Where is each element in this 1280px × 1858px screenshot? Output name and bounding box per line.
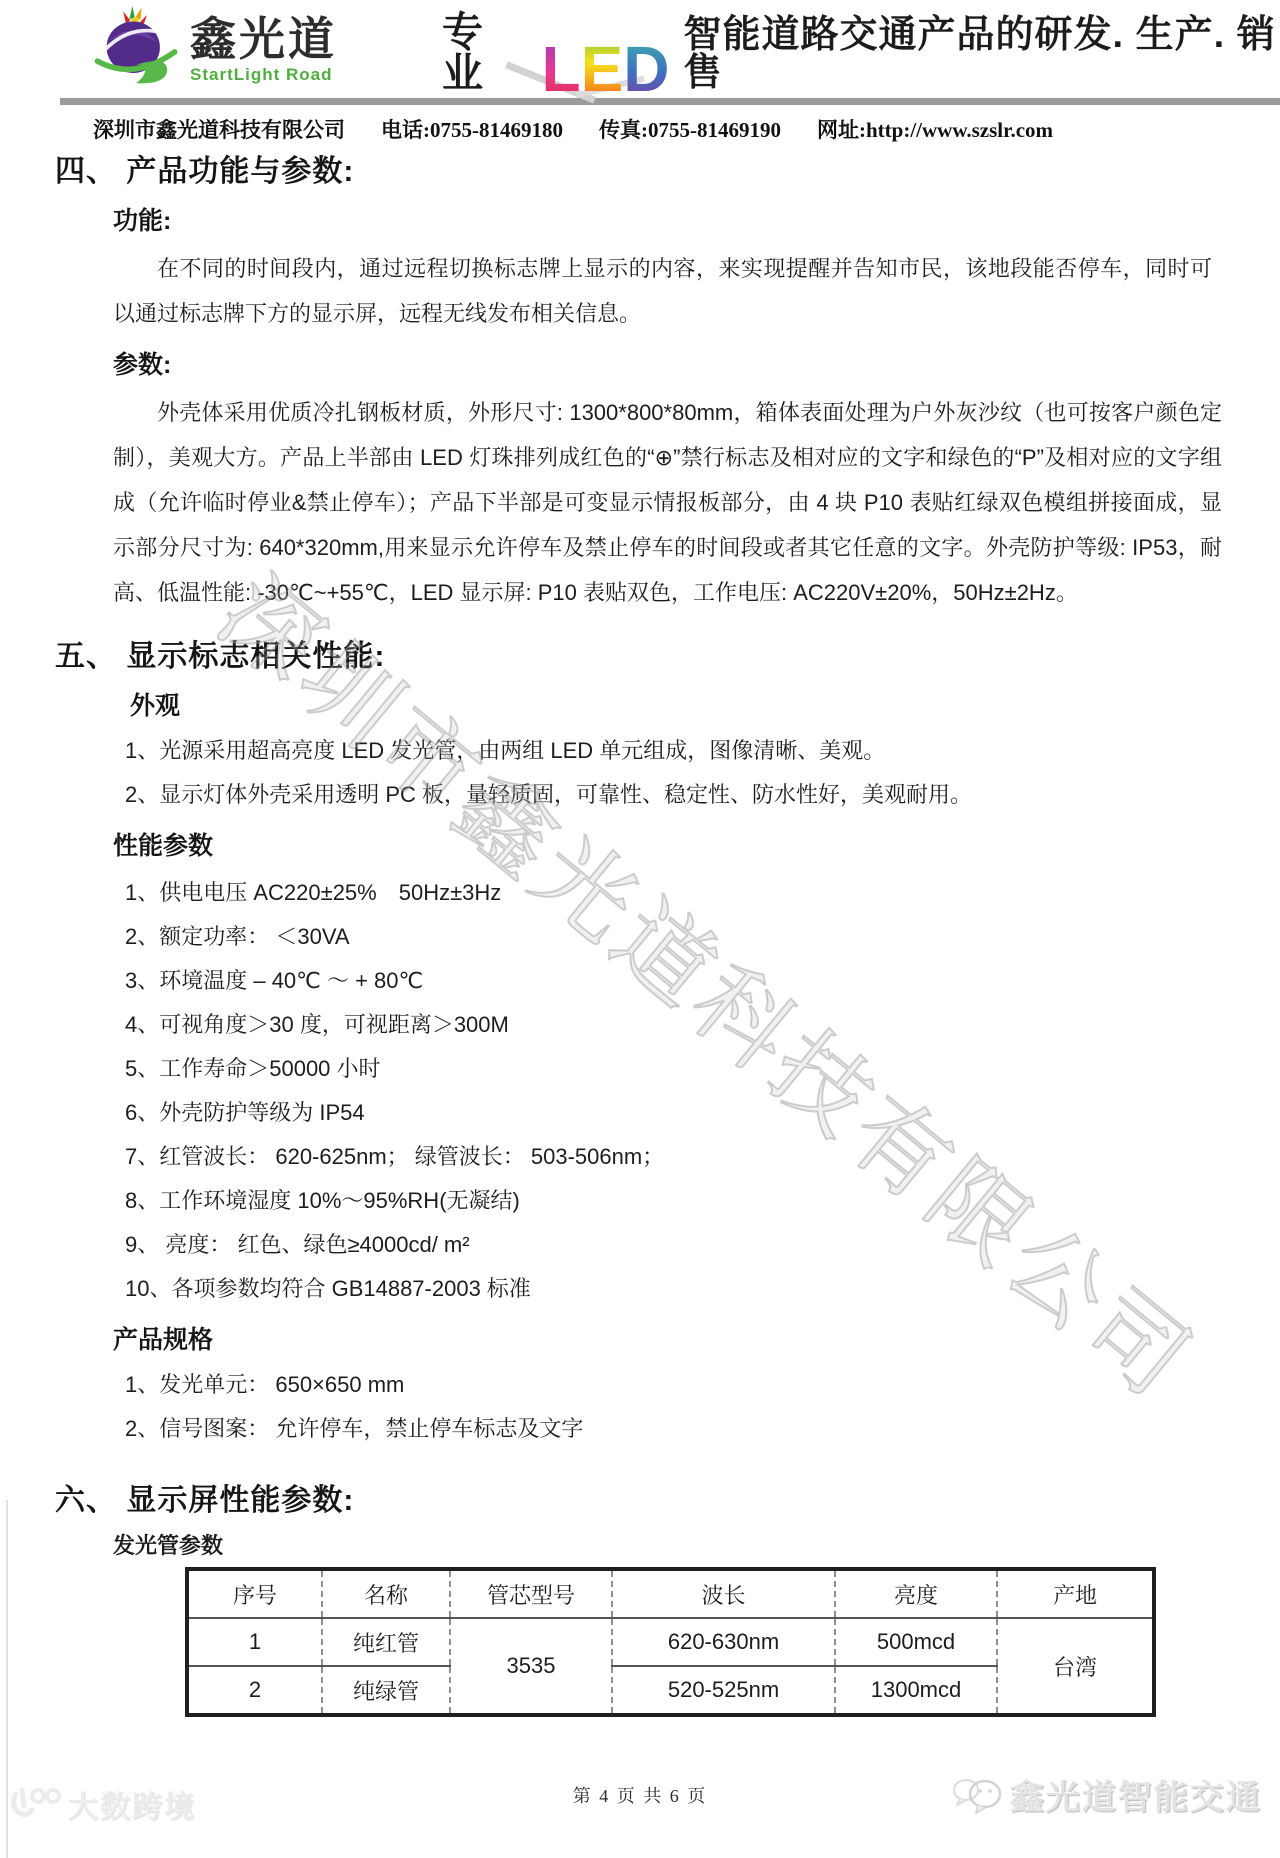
col-header-wavelength: 波长 — [612, 1569, 835, 1618]
col-header-chip-model: 管芯型号 — [450, 1569, 612, 1618]
company-logo: 鑫光道 StartLight Road — [88, 4, 337, 96]
list-item: 1、光源采用超高亮度 LED 发光管，由两组 LED 单元组成，图像清晰、美观。 — [125, 729, 1280, 773]
cell-seq: 2 — [187, 1666, 322, 1715]
list-item: 6、外壳防护等级为 IP54 — [125, 1091, 1280, 1135]
table-header-row: 序号 名称 管芯型号 波长 亮度 产地 — [187, 1569, 1154, 1618]
list-item: 1、供电电压 AC220±25% 50Hz±3Hz — [125, 871, 1280, 915]
startlight-logo-icon — [88, 4, 184, 96]
list-item: 3、环境温度 – 40℃ ～ + 80℃ — [125, 959, 1280, 1003]
cell-origin: 台湾 — [997, 1618, 1154, 1715]
chat-bubbles-icon — [952, 1772, 1004, 1818]
function-label: 功能: — [113, 204, 1280, 238]
section4-title: 四、 产品功能与参数: — [55, 152, 1280, 192]
list-item: 10、各项参数均符合 GB14887-2003 标准 — [125, 1267, 1280, 1311]
section5-title: 五、 显示标志相关性能: — [55, 637, 1280, 677]
section6-title: 六、 显示屏性能参数: — [55, 1481, 1280, 1521]
col-header-name: 名称 — [322, 1569, 450, 1618]
contact-website: 网址:http://www.szslr.com — [817, 114, 1053, 144]
led-letter-e: E — [581, 33, 624, 105]
contact-fax: 传真:0755-81469190 — [599, 114, 781, 144]
cell-chip-model: 3535 — [450, 1618, 612, 1715]
product-spec-label: 产品规格 — [113, 1323, 1280, 1357]
dashu-logo-icon — [6, 1784, 64, 1824]
list-item: 2、额定功率： ＜30VA — [125, 915, 1280, 959]
list-item: 2、显示灯体外壳采用透明 PC 板，量轻质固，可靠性、稳定性、防水性好，美观耐用… — [125, 773, 1280, 817]
cell-wavelength: 520-525nm — [612, 1666, 835, 1715]
performance-label: 性能参数 — [113, 829, 1280, 863]
function-paragraph: 在不同的时间段内，通过远程切换标志牌上显示的内容，来实现提醒并告知市民，该地段能… — [113, 246, 1212, 336]
led-letter-d: D — [623, 33, 669, 105]
contact-company: 深圳市鑫光道科技有限公司 — [93, 114, 345, 144]
col-header-origin: 产地 — [997, 1569, 1154, 1618]
logo-name-cn: 鑫光道 — [190, 15, 337, 63]
led-wordmark: LED — [541, 39, 669, 100]
list-item: 9、 亮度： 红色、绿色≥4000cd/ m² — [125, 1223, 1280, 1267]
led-letter-l: L — [541, 33, 580, 105]
cell-name: 纯红管 — [322, 1618, 450, 1666]
bottom-left-watermark: 大数跨境 — [6, 1782, 196, 1826]
performance-list: 1、供电电压 AC220±25% 50Hz±3Hz 2、额定功率： ＜30VA … — [0, 871, 1280, 1311]
page-header: 鑫光道 StartLight Road 专业 LED 智能道路交通产品的研发. … — [0, 0, 1280, 98]
parameter-label: 参数: — [113, 348, 1280, 382]
list-item: 1、发光单元： 650×650 mm — [125, 1363, 1280, 1407]
cell-wavelength: 620-630nm — [612, 1618, 835, 1666]
list-item: 8、工作环境湿度 10%～95%RH(无凝结) — [125, 1179, 1280, 1223]
bottom-left-watermark-text: 大数跨境 — [68, 1782, 196, 1826]
led-tube-params-label: 发光管参数 — [113, 1531, 1280, 1561]
col-header-brightness: 亮度 — [835, 1569, 997, 1618]
logo-name-en: StartLight Road — [190, 65, 337, 85]
table-row: 1 纯红管 3535 620-630nm 500mcd 台湾 — [187, 1618, 1154, 1666]
bottom-right-watermark-text: 鑫光道智能交通 — [1010, 1770, 1262, 1819]
slogan-suffix: 智能道路交通产品的研发. 生产. 销售 — [683, 16, 1280, 100]
contact-line: 深圳市鑫光道科技有限公司 电话:0755-81469180 传真:0755-81… — [93, 114, 1280, 144]
cell-brightness: 1300mcd — [835, 1666, 997, 1715]
cell-name: 纯绿管 — [322, 1666, 450, 1715]
parameter-paragraph: 外壳体采用优质冷扎钢板材质，外形尺寸: 1300*800*80mm，箱体表面处理… — [113, 390, 1222, 615]
logo-text: 鑫光道 StartLight Road — [190, 15, 337, 85]
led-tube-params-table: 序号 名称 管芯型号 波长 亮度 产地 1 纯红管 3535 620-630nm… — [185, 1567, 1156, 1717]
cell-seq: 1 — [187, 1618, 322, 1666]
list-item: 4、可视角度＞30 度，可视距离＞300M — [125, 1003, 1280, 1047]
contact-phone: 电话:0755-81469180 — [381, 114, 563, 144]
appearance-list: 1、光源采用超高亮度 LED 发光管，由两组 LED 单元组成，图像清晰、美观。… — [0, 729, 1280, 817]
slogan-prefix: 专业 — [442, 12, 519, 100]
list-item: 5、工作寿命＞50000 小时 — [125, 1047, 1280, 1091]
product-spec-list: 1、发光单元： 650×650 mm 2、信号图案： 允许停车，禁止停车标志及文… — [0, 1363, 1280, 1451]
bottom-right-watermark: 鑫光道智能交通 — [952, 1770, 1262, 1819]
list-item: 2、信号图案： 允许停车，禁止停车标志及文字 — [125, 1407, 1280, 1451]
col-header-seq: 序号 — [187, 1569, 322, 1618]
cell-brightness: 500mcd — [835, 1618, 997, 1666]
appearance-label: 外观 — [130, 689, 1280, 723]
header-slogan: 专业 LED 智能道路交通产品的研发. 生产. 销售 — [442, 12, 1280, 100]
list-item: 7、红管波长： 620-625nm； 绿管波长： 503-506nm； — [125, 1135, 1280, 1179]
